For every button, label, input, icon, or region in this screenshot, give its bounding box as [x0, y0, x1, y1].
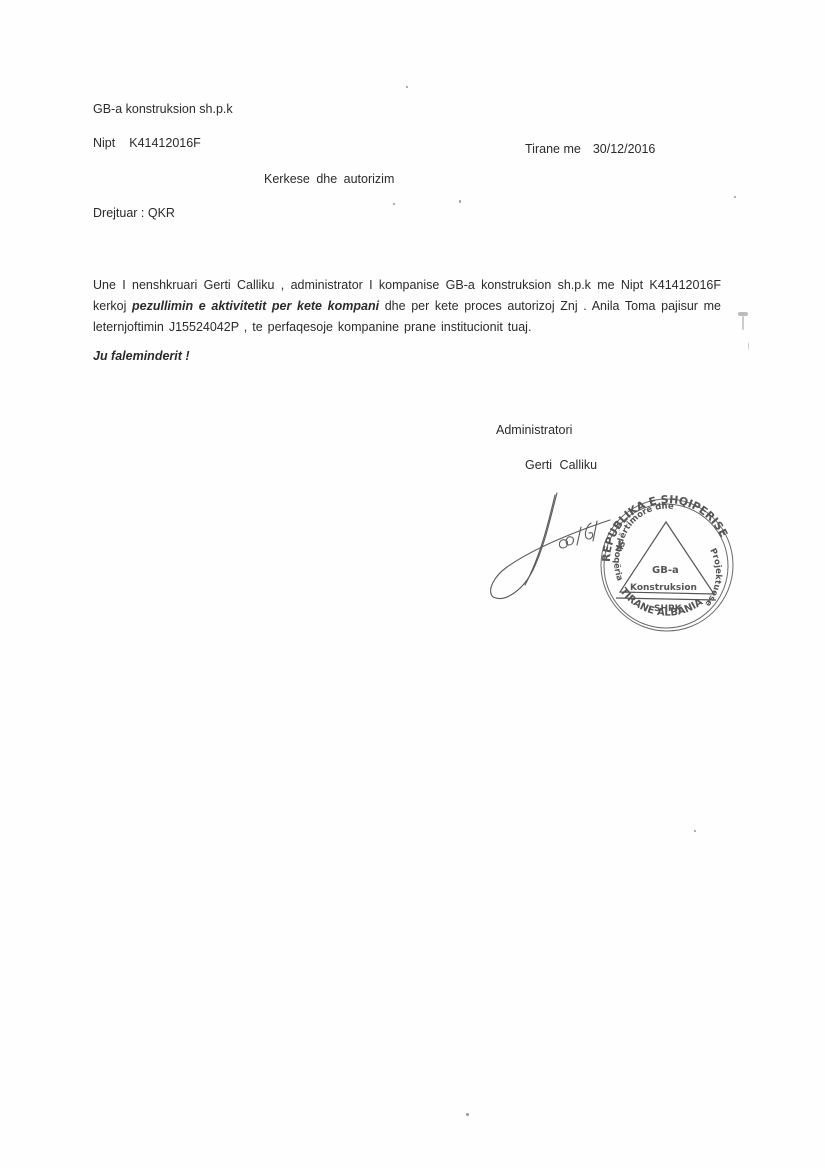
closing-thanks: Ju faleminderit ! — [93, 349, 190, 363]
scan-speck — [694, 830, 696, 832]
body-paragraph: Une I nenshkruari Gerti Calliku , admini… — [93, 275, 721, 338]
scan-speck — [742, 316, 744, 330]
svg-text:SHPK: SHPK — [654, 604, 683, 614]
date-label: Tirane me — [525, 142, 581, 156]
nipt-line: NiptK41412016F — [93, 136, 201, 150]
svg-text:GB-a: GB-a — [652, 565, 679, 576]
svg-text:Projektuese: Projektuese — [702, 547, 723, 608]
subject-heading: Kerkese dhe autorizim — [264, 172, 394, 186]
nipt-label: Nipt — [93, 136, 115, 150]
company-stamp-icon: REPUBLIKA E SHQIPERISE Ndërtimore dhe Sh… — [592, 470, 737, 635]
company-name: GB-a konstruksion sh.p.k — [93, 102, 233, 116]
svg-text:Konstruksion: Konstruksion — [630, 583, 697, 593]
scan-speck — [466, 1113, 469, 1116]
document-page: GB-a konstruksion sh.p.k NiptK41412016F … — [0, 0, 826, 1169]
scan-speck — [459, 200, 461, 203]
addressee: Drejtuar : QKR — [93, 206, 175, 220]
body-emphasis: pezullimin e aktivitetit per kete kompan… — [132, 299, 379, 313]
svg-text:2016: 2016 — [485, 485, 488, 486]
scan-speck — [734, 196, 736, 198]
signature-title: Administratori — [496, 423, 572, 437]
scan-speck — [393, 203, 395, 205]
date-value: 30/12/2016 — [593, 142, 656, 156]
scan-speck — [406, 86, 408, 88]
scan-speck — [748, 342, 749, 350]
date-line: Tirane me30/12/2016 — [525, 142, 655, 156]
nipt-value: K41412016F — [129, 136, 201, 150]
signature-name: Gerti Calliku — [525, 458, 597, 472]
